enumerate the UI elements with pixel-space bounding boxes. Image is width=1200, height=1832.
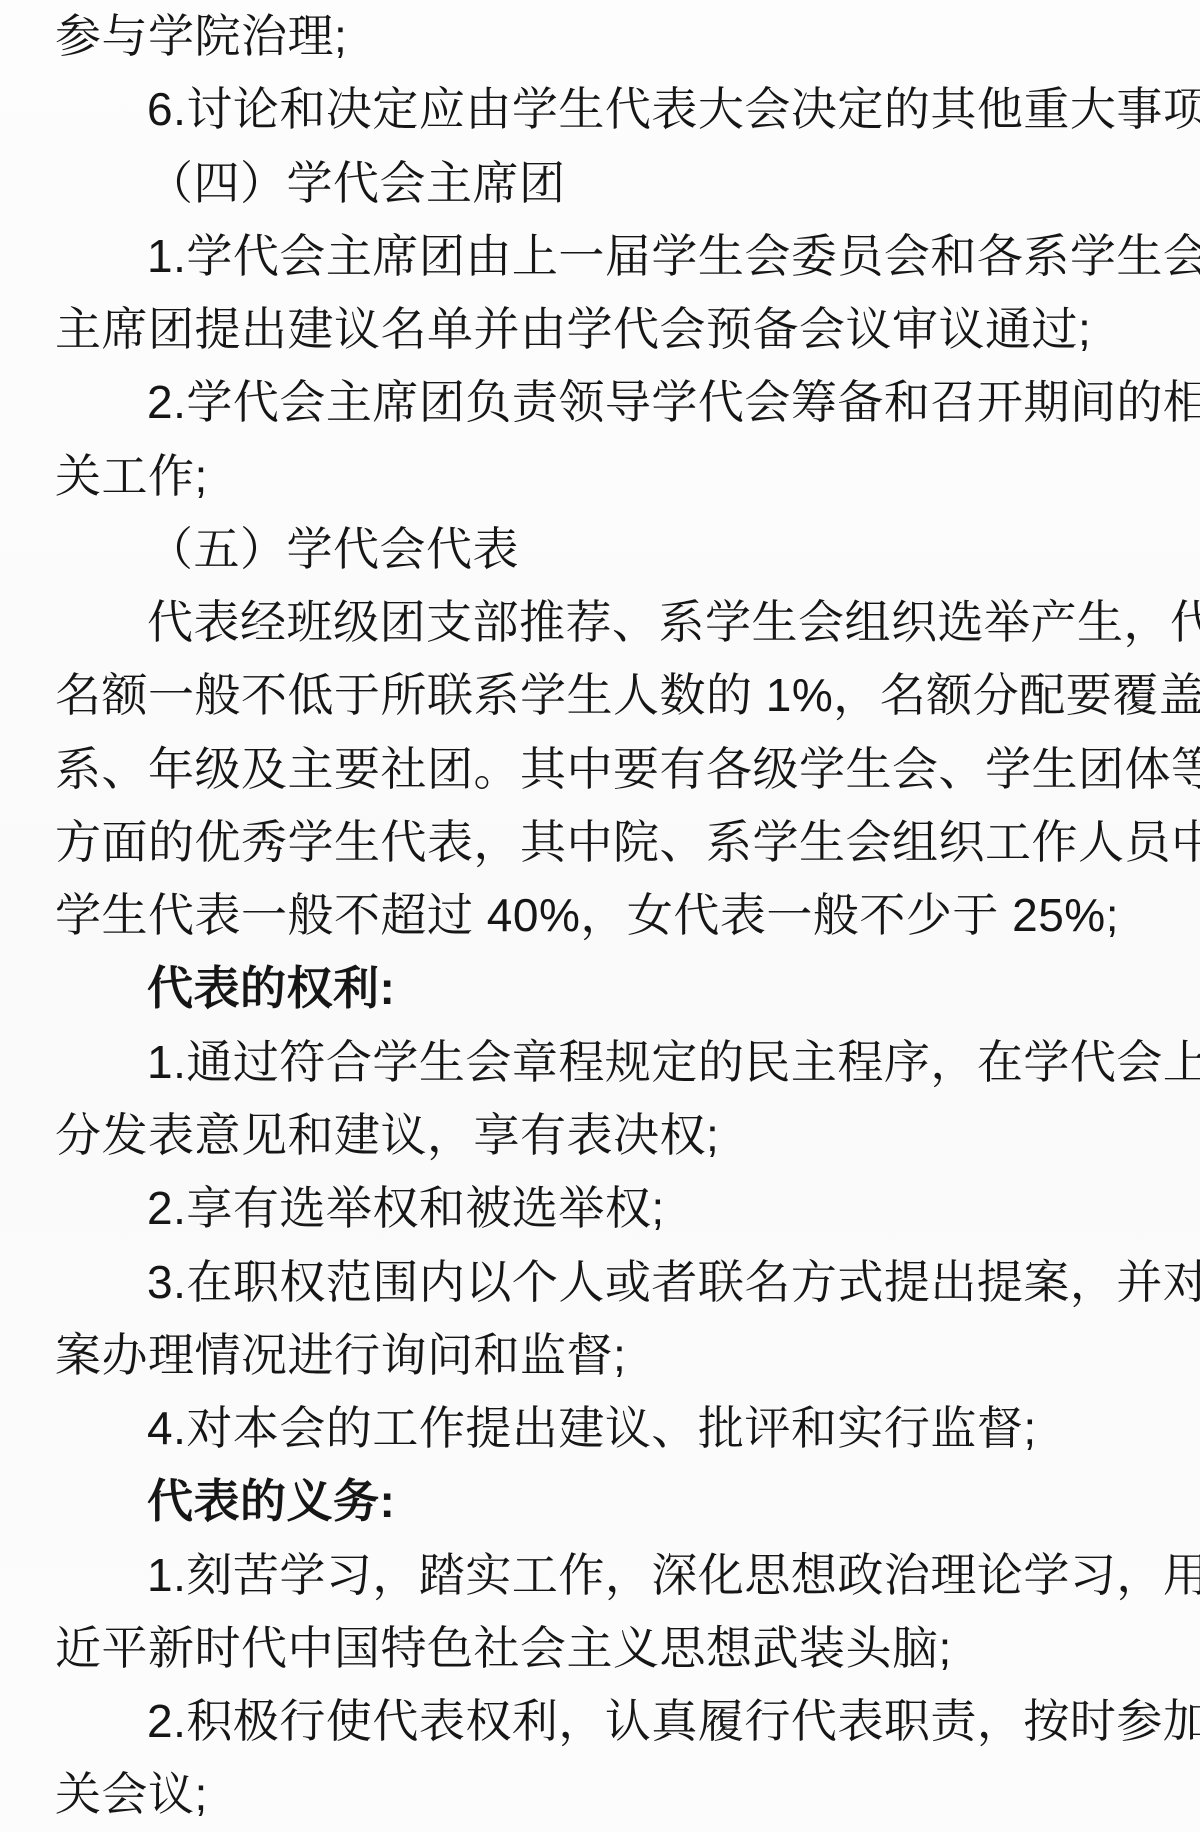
text-line: 关会议; bbox=[55, 1758, 1180, 1831]
text-line: 2.享有选举权和被选举权; bbox=[55, 1172, 1180, 1245]
text-line: 关工作; bbox=[55, 440, 1180, 513]
text-line: 分发表意见和建议，享有表决权; bbox=[55, 1099, 1180, 1172]
document-page: 参与学院治理;6.讨论和决定应由学生代表大会决定的其他重大事项;（四）学代会主席… bbox=[0, 0, 1200, 1832]
section-heading: 代表的义务: bbox=[55, 1465, 1180, 1538]
text-line: 1.刻苦学习，踏实工作，深化思想政治理论学习，用习 bbox=[55, 1539, 1180, 1612]
text-line: 参与学院治理; bbox=[55, 0, 1180, 73]
text-line: 6.讨论和决定应由学生代表大会决定的其他重大事项; bbox=[55, 73, 1180, 146]
text-line: 2.学代会主席团负责领导学代会筹备和召开期间的相 bbox=[55, 366, 1180, 439]
text-line: 1.通过符合学生会章程规定的民主程序，在学代会上充 bbox=[55, 1026, 1180, 1099]
text-line: 近平新时代中国特色社会主义思想武装头脑; bbox=[55, 1612, 1180, 1685]
text-line: 方面的优秀学生代表，其中院、系学生会组织工作人员中的 bbox=[55, 806, 1180, 879]
text-line: 1.学代会主席团由上一届学生会委员会和各系学生会 bbox=[55, 220, 1180, 293]
text-line: 代表经班级团支部推荐、系学生会组织选举产生，代表 bbox=[55, 586, 1180, 659]
text-line: 4.对本会的工作提出建议、批评和实行监督; bbox=[55, 1392, 1180, 1465]
text-line: 案办理情况进行询问和监督; bbox=[55, 1319, 1180, 1392]
text-line: 学生代表一般不超过 40%，女代表一般不少于 25%; bbox=[55, 879, 1180, 952]
text-line: 系、年级及主要社团。其中要有各级学生会、学生团体等各 bbox=[55, 733, 1180, 806]
text-line: 主席团提出建议名单并由学代会预备会议审议通过; bbox=[55, 293, 1180, 366]
section-heading: 代表的权利: bbox=[55, 952, 1180, 1025]
document-body: 参与学院治理;6.讨论和决定应由学生代表大会决定的其他重大事项;（四）学代会主席… bbox=[55, 0, 1180, 1832]
text-line: 名额一般不低于所联系学生人数的 1%，名额分配要覆盖各 bbox=[55, 659, 1180, 732]
text-line: （四）学代会主席团 bbox=[55, 147, 1180, 220]
text-line: （五）学代会代表 bbox=[55, 513, 1180, 586]
text-line: 2.积极行使代表权利，认真履行代表职责，按时参加相 bbox=[55, 1685, 1180, 1758]
text-line: 3.在职权范围内以个人或者联名方式提出提案，并对提 bbox=[55, 1246, 1180, 1319]
